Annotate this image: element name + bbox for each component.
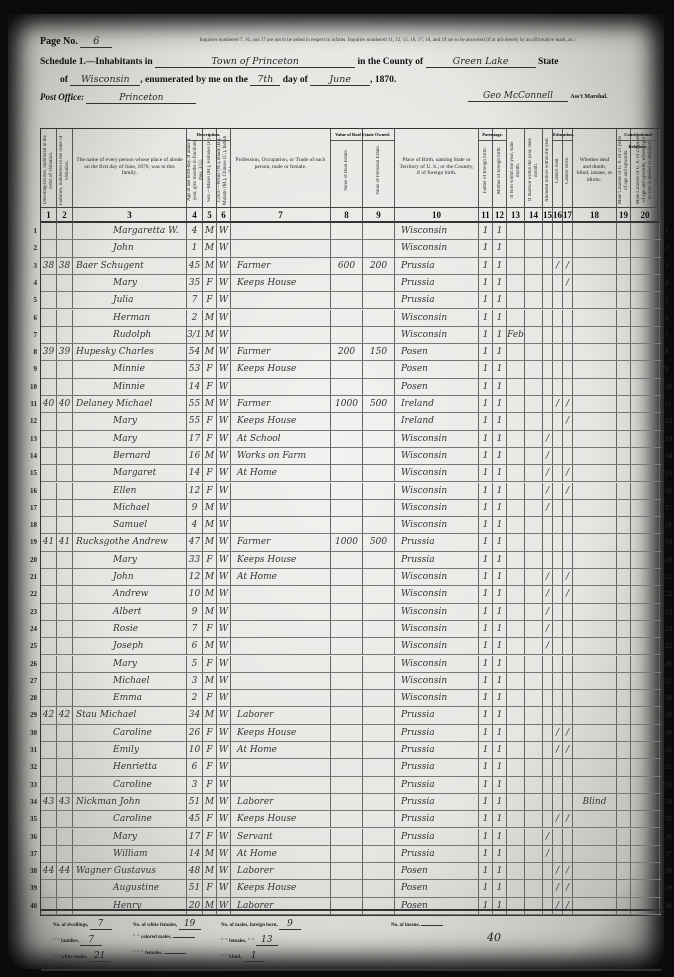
cell-c16 [553, 448, 563, 464]
cell-dw [41, 880, 57, 896]
cell-c19 [617, 431, 631, 447]
cell-dw [41, 569, 57, 585]
cell-sex: M [203, 448, 217, 464]
cell-c13 [507, 742, 525, 758]
column-group-header: Education. [553, 129, 573, 141]
cell-c20 [631, 396, 660, 412]
cell-real [331, 327, 363, 343]
cell-c16 [553, 344, 563, 360]
cell-sex: F [203, 465, 217, 481]
cell-c18 [573, 361, 617, 377]
cell-age: 14 [187, 379, 203, 395]
cell-c15 [543, 759, 553, 775]
cell-birth: Prussia [395, 742, 479, 758]
cell-c14 [525, 759, 543, 775]
table-row: 22John1MWWisconsin11 [41, 240, 661, 257]
line-number-right: 18 [665, 517, 674, 534]
cell-m: 1 [493, 310, 507, 326]
cell-c13 [507, 690, 525, 706]
cell-c14 [525, 379, 543, 395]
cell-occ: Keeps House [231, 413, 331, 429]
cell-c16 [553, 310, 563, 326]
cell-c16 [553, 759, 563, 775]
column-number-15: 15 [543, 207, 553, 223]
cell-birth: Prussia [395, 759, 479, 775]
cell-c13 [507, 292, 525, 308]
table-row: 29294242Stau Michael34MWLaborerPrussia11 [41, 707, 661, 724]
cell-c18 [573, 258, 617, 274]
line-number-right: 32 [665, 759, 674, 776]
cell-real: 200 [331, 344, 363, 360]
cell-m: 1 [493, 483, 507, 499]
column-number-19: 19 [617, 207, 631, 223]
cell-birth: Wisconsin [395, 483, 479, 499]
cell-m: 1 [493, 448, 507, 464]
cell-c14 [525, 240, 543, 256]
cell-c15 [543, 656, 553, 672]
cell-f: 1 [479, 569, 493, 585]
cell-fam [57, 880, 73, 896]
cell-dw [41, 690, 57, 706]
summary-white-females: No. of white females, 19 [133, 919, 201, 930]
line-number-right: 3 [665, 258, 674, 275]
cell-color: W [217, 742, 231, 758]
cell-c15 [543, 794, 553, 810]
cell-pers [363, 379, 395, 395]
cell-age: 6 [187, 759, 203, 775]
cell-occ: Laborer [231, 794, 331, 810]
cell-c18 [573, 396, 617, 412]
cell-occ: Farmer [231, 344, 331, 360]
cell-c18 [573, 500, 617, 516]
cell-c18 [573, 465, 617, 481]
cell-f: 1 [479, 604, 493, 620]
cell-m: 1 [493, 880, 507, 896]
cell-f: 1 [479, 500, 493, 516]
cell-sex: M [203, 500, 217, 516]
line-number-left: 21 [19, 569, 37, 586]
line-number-left: 8 [19, 344, 37, 361]
cell-c17: / [563, 275, 573, 291]
post-office-value: Princeton [86, 93, 196, 104]
cell-birth: Prussia [395, 258, 479, 274]
cell-name: Rosie [73, 621, 187, 637]
line-number-left: 18 [19, 517, 37, 534]
cell-birth: Wisconsin [395, 517, 479, 533]
cell-fam: 44 [57, 863, 73, 879]
cell-sex: M [203, 396, 217, 412]
cell-real [331, 552, 363, 568]
cell-name: Margaret [73, 465, 187, 481]
line-number-right: 1 [665, 223, 674, 240]
column-number-10: 10 [395, 207, 479, 223]
cell-real: 1000 [331, 534, 363, 550]
table-row: 2121John12MWAt HomeWisconsin11// [41, 569, 661, 586]
cell-real [331, 275, 363, 291]
cell-fam: 40 [57, 396, 73, 412]
cell-m: 1 [493, 586, 507, 602]
cell-color: W [217, 638, 231, 654]
cell-c14 [525, 223, 543, 239]
cell-age: 14 [187, 465, 203, 481]
cell-f: 1 [479, 586, 493, 602]
cell-c14 [525, 552, 543, 568]
summary-colored-females: " " " females, [133, 951, 186, 956]
cell-fam [57, 604, 73, 620]
cell-c14 [525, 569, 543, 585]
column-number-1: 1 [41, 207, 57, 223]
cell-c16 [553, 604, 563, 620]
cell-c19 [617, 500, 631, 516]
cell-dw [41, 310, 57, 326]
cell-real [331, 690, 363, 706]
cell-fam: 38 [57, 258, 73, 274]
column-header-label: Dwelling-houses, numbered in the order o… [43, 135, 55, 205]
cell-sex: F [203, 656, 217, 672]
month-value: June [310, 74, 370, 86]
table-row: 3737William14MWAt HomePrussia11/ [41, 846, 661, 863]
cell-pers [363, 656, 395, 672]
column-header-18: Whether deaf and dumb, blind, insane, or… [573, 129, 617, 207]
cell-name: Caroline [73, 725, 187, 741]
cell-f: 1 [479, 777, 493, 793]
cell-dw [41, 638, 57, 654]
cell-c15 [543, 292, 553, 308]
cell-pers [363, 517, 395, 533]
cell-c18 [573, 413, 617, 429]
cell-sex: F [203, 690, 217, 706]
cell-c15: / [543, 586, 553, 602]
line-number-right: 4 [665, 275, 674, 292]
cell-dw: 38 [41, 258, 57, 274]
cell-f: 1 [479, 448, 493, 464]
cell-m: 1 [493, 275, 507, 291]
cell-c18 [573, 379, 617, 395]
cell-real [331, 742, 363, 758]
cell-f: 1 [479, 742, 493, 758]
line-number-right: 17 [665, 500, 674, 517]
cell-color: W [217, 759, 231, 775]
cell-dw: 40 [41, 396, 57, 412]
cell-f: 1 [479, 759, 493, 775]
cell-c17 [563, 552, 573, 568]
cell-color: W [217, 673, 231, 689]
cell-birth: Wisconsin [395, 690, 479, 706]
line-number-right: 10 [665, 379, 674, 396]
cell-c13 [507, 880, 525, 896]
column-number-17: 17 [563, 207, 573, 223]
cell-dw: 41 [41, 534, 57, 550]
cell-c13 [507, 638, 525, 654]
cell-c16 [553, 517, 563, 533]
cell-c17 [563, 707, 573, 723]
cell-c14 [525, 396, 543, 412]
column-header-label: Families, numbered in the order of visit… [59, 135, 71, 205]
column-header-label: Place of Birth, naming State or Territor… [400, 157, 474, 176]
column-header-15: Attended school within the year. [543, 129, 553, 207]
cell-dw [41, 759, 57, 775]
table-row: 2727Michael3MWWisconsin11 [41, 673, 661, 690]
table-row: 1313Mary17FWAt SchoolWisconsin11/ [41, 431, 661, 448]
cell-name: Ellen [73, 483, 187, 499]
cell-name: Mary [73, 656, 187, 672]
cell-occ [231, 310, 331, 326]
cell-c19 [617, 621, 631, 637]
cell-c13 [507, 344, 525, 360]
cell-color: W [217, 344, 231, 360]
column-group-header: Description. [187, 129, 231, 141]
cell-c16 [553, 483, 563, 499]
cell-c17 [563, 327, 573, 343]
column-number-11: 11 [479, 207, 493, 223]
line-number-right: 21 [665, 569, 674, 586]
cell-color: W [217, 413, 231, 429]
line-number-right: 20 [665, 552, 674, 569]
cell-age: 10 [187, 742, 203, 758]
line-number-left: 4 [19, 275, 37, 292]
cell-real [331, 863, 363, 879]
cell-c18 [573, 690, 617, 706]
line-number-right: 40 [665, 898, 674, 915]
cell-occ [231, 223, 331, 239]
census-page: Page No. 6 Inquiries numbered 7, 16, and… [8, 14, 664, 969]
table-row: 2222Andrew10MWWisconsin11// [41, 586, 661, 603]
line-number-right: 23 [665, 604, 674, 621]
marshal-label: Ass't Marshal. [570, 94, 607, 100]
cell-c13 [507, 604, 525, 620]
cell-c19 [617, 517, 631, 533]
cell-dw [41, 777, 57, 793]
cell-real [331, 673, 363, 689]
line-number-left: 22 [19, 586, 37, 603]
cell-c15 [543, 396, 553, 412]
column-header-label: Cannot read. [555, 135, 561, 205]
cell-c19 [617, 829, 631, 845]
cell-color: W [217, 258, 231, 274]
cell-c17: / [563, 483, 573, 499]
cell-m: 1 [493, 413, 507, 429]
cell-f: 1 [479, 396, 493, 412]
cell-dw [41, 552, 57, 568]
cell-color: W [217, 725, 231, 741]
cell-c20 [631, 552, 660, 568]
cell-dw [41, 483, 57, 499]
line-number-left: 36 [19, 829, 37, 846]
line-number-left: 31 [19, 742, 37, 759]
column-number-20: 20 [631, 207, 660, 223]
cell-c19 [617, 310, 631, 326]
cell-birth: Wisconsin [395, 656, 479, 672]
line-number-left: 7 [19, 327, 37, 344]
cell-c19 [617, 777, 631, 793]
line-number-left: 17 [19, 500, 37, 517]
cell-real [331, 431, 363, 447]
cell-c19 [617, 811, 631, 827]
cell-dw [41, 413, 57, 429]
cell-c17 [563, 431, 573, 447]
cell-fam: 39 [57, 344, 73, 360]
cell-m: 1 [493, 569, 507, 585]
cell-sex: M [203, 707, 217, 723]
cell-dw [41, 361, 57, 377]
cell-c16: / [553, 863, 563, 879]
cell-c20 [631, 292, 660, 308]
cell-f: 1 [479, 344, 493, 360]
column-header-label: Sex.—Males (M.), Females (F.) [207, 135, 213, 205]
cell-c14 [525, 344, 543, 360]
of-label: of [60, 75, 68, 85]
line-number-left: 26 [19, 656, 37, 673]
cell-fam [57, 656, 73, 672]
cell-m: 1 [493, 725, 507, 741]
cell-name: Andrew [73, 586, 187, 602]
cell-f: 1 [479, 327, 493, 343]
cell-fam [57, 465, 73, 481]
cell-occ: Servant [231, 829, 331, 845]
line-number-right: 5 [665, 292, 674, 309]
line-number-right: 28 [665, 690, 674, 707]
column-header-13: If born within the year, state month. [507, 129, 525, 207]
cell-occ [231, 759, 331, 775]
cell-c13 [507, 448, 525, 464]
summary-white-males: " " white males, 21 [53, 951, 111, 962]
cell-c15 [543, 690, 553, 706]
line-number-right: 7 [665, 327, 674, 344]
cell-c17 [563, 448, 573, 464]
cell-c20 [631, 223, 660, 239]
cell-color: W [217, 863, 231, 879]
cell-c16 [553, 777, 563, 793]
cell-c20 [631, 880, 660, 896]
cell-c16: / [553, 396, 563, 412]
cell-c17 [563, 846, 573, 862]
cell-c14 [525, 413, 543, 429]
cell-c13 [507, 500, 525, 516]
cell-c20 [631, 846, 660, 862]
column-header-label: Age at last birth-day. If under 1 year, … [187, 135, 203, 205]
column-header-label: Cannot write. [565, 135, 571, 205]
cell-real [331, 517, 363, 533]
cell-c20 [631, 759, 660, 775]
cell-sex: M [203, 534, 217, 550]
cell-pers [363, 846, 395, 862]
cell-sex: F [203, 777, 217, 793]
cell-real [331, 621, 363, 637]
cell-c17 [563, 829, 573, 845]
cell-c18 [573, 811, 617, 827]
cell-c19 [617, 656, 631, 672]
cell-name: Albert [73, 604, 187, 620]
cell-age: 9 [187, 604, 203, 620]
cell-c18 [573, 621, 617, 637]
cell-c14 [525, 483, 543, 499]
cell-m: 1 [493, 361, 507, 377]
cell-real [331, 310, 363, 326]
cell-c20 [631, 361, 660, 377]
page-label: Page No. [40, 36, 78, 47]
line-number-right: 33 [665, 777, 674, 794]
cell-pers: 500 [363, 534, 395, 550]
cell-c15: / [543, 448, 553, 464]
cell-birth: Prussia [395, 534, 479, 550]
cell-color: W [217, 569, 231, 585]
cell-c15 [543, 310, 553, 326]
cell-sex: M [203, 846, 217, 862]
cell-fam [57, 725, 73, 741]
table-row: 3535Caroline45FWKeeps HousePrussia11// [41, 811, 661, 828]
cell-birth: Wisconsin [395, 638, 479, 654]
table-row: 19194141Rucksgothe Andrew47MWFarmer10005… [41, 534, 661, 551]
cell-dw: 42 [41, 707, 57, 723]
cell-c15: / [543, 829, 553, 845]
cell-c14 [525, 275, 543, 291]
cell-m: 1 [493, 811, 507, 827]
table-row: 883939Hupesky Charles54MWFarmer200150Pos… [41, 344, 661, 361]
cell-c14 [525, 431, 543, 447]
cell-dw [41, 656, 57, 672]
cell-c15: / [543, 500, 553, 516]
cell-c17 [563, 310, 573, 326]
cell-age: 51 [187, 794, 203, 810]
cell-sex: F [203, 621, 217, 637]
cell-c15: / [543, 465, 553, 481]
table-row: 3636Mary17FWServantPrussia11/ [41, 829, 661, 846]
cell-m: 1 [493, 656, 507, 672]
cell-pers [363, 240, 395, 256]
cell-pers [363, 863, 395, 879]
cell-c20 [631, 638, 660, 654]
line-number-left: 19 [19, 534, 37, 551]
cell-c17 [563, 638, 573, 654]
cell-m: 1 [493, 500, 507, 516]
cell-m: 1 [493, 327, 507, 343]
cell-pers [363, 742, 395, 758]
table-row: 3030Caroline26FWKeeps HousePrussia11// [41, 725, 661, 742]
cell-name: Joseph [73, 638, 187, 654]
cell-birth: Wisconsin [395, 448, 479, 464]
cell-c20 [631, 275, 660, 291]
cell-color: W [217, 880, 231, 896]
cell-occ [231, 690, 331, 706]
cell-occ [231, 240, 331, 256]
cell-birth: Wisconsin [395, 310, 479, 326]
line-number-right: 11 [665, 396, 674, 413]
cell-birth: Posen [395, 379, 479, 395]
cell-c13 [507, 465, 525, 481]
cell-real: 1000 [331, 396, 363, 412]
cell-occ [231, 621, 331, 637]
cell-c16 [553, 829, 563, 845]
cell-pers [363, 794, 395, 810]
cell-f: 1 [479, 846, 493, 862]
line-number-right: 25 [665, 638, 674, 655]
cell-c14 [525, 500, 543, 516]
cell-c18 [573, 829, 617, 845]
table-row: 38384444Wagner Gustavus48MWLaborerPosen1… [41, 863, 661, 880]
line-number-left: 29 [19, 707, 37, 724]
cell-occ [231, 604, 331, 620]
cell-c19 [617, 707, 631, 723]
cell-color: W [217, 327, 231, 343]
cell-c18 [573, 223, 617, 239]
cell-age: 3/12 [187, 327, 203, 343]
cell-c17 [563, 794, 573, 810]
cell-name: Minnie [73, 379, 187, 395]
cell-c17: / [563, 413, 573, 429]
cell-c15 [543, 552, 553, 568]
cell-c16 [553, 656, 563, 672]
enumerated-label: enumerated by me on the [145, 75, 248, 85]
